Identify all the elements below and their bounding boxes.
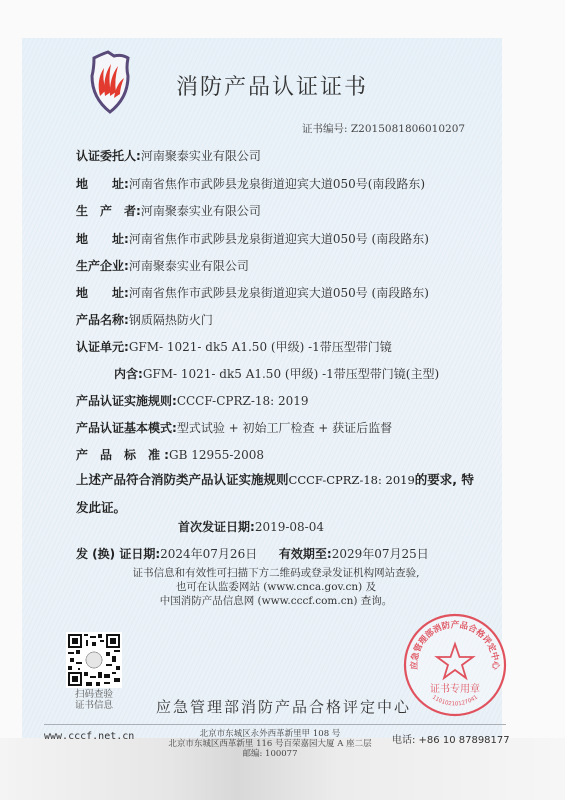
verify-line-1: 证书信息和有效性可扫描下方二维码或登录发证机构网站查验, [76, 566, 476, 580]
field-value: 河南聚泰实业有限公司 [141, 149, 261, 163]
footer-phone: 电话: +86 10 87898177 [392, 731, 510, 746]
footer-divider [44, 724, 506, 725]
valid-until-value: 2029年07月25日 [332, 547, 429, 561]
certificate-number-label: 证书编号: [302, 123, 348, 135]
first-issue-label: 首次发证日期: [178, 519, 255, 535]
field-label: 地 址: [76, 285, 129, 301]
field-product-standard: 产 品 标 准 :GB 12955-2008 [76, 447, 264, 463]
issue-validity-dates: 发 (换) 证日期:2024年07月26日 有效期至:2029年07月25日 [76, 546, 429, 562]
first-issue-date: 首次发证日期:2019-08-04 [178, 519, 324, 535]
field-label: 认证委托人: [76, 148, 141, 164]
qr-code[interactable] [66, 632, 122, 688]
field-label: 生 产 者: [76, 203, 141, 219]
verify-line-2: 也可在认监委网站 (www.cnca.gov.cn) 及 [76, 580, 476, 594]
qr-caption-line-2: 证书信息 [64, 700, 124, 711]
field-label: 产 品 标 准 : [76, 447, 169, 463]
field-value: 河南省焦作市武陟县龙泉街道迎宾大道050号 (南段路东) [129, 286, 429, 300]
field-applicant: 认证委托人:河南聚泰实业有限公司 [76, 148, 261, 164]
official-seal-icon: 应急管理部消防产品合格评定中心 证书专用章 11010210127041 [402, 612, 508, 718]
svg-text:证书专用章: 证书专用章 [430, 682, 480, 695]
first-issue-value: 2019-08-04 [255, 520, 324, 534]
field-value: 型式试验 + 初始工厂检查 + 获证后监督 [177, 421, 392, 435]
valid-until-label: 有效期至: [279, 546, 332, 562]
field-value: GFM- 1021- dk5 A1.50 (甲级) -1带压型带门镜 [129, 340, 392, 354]
field-value: 河南聚泰实业有限公司 [129, 259, 249, 273]
field-label: 产品认证基本模式: [76, 420, 177, 436]
field-value: 河南省焦作市武陟县龙泉街道迎宾大道050号(南段路东) [129, 177, 425, 191]
field-value: CCCF-CPRZ-18: 2019 [177, 394, 309, 408]
field-cert-unit: 认证单元:GFM- 1021- dk5 A1.50 (甲级) -1带压型带门镜 [76, 339, 392, 355]
issuing-organization: 应急管理部消防产品合格评定中心 [156, 696, 411, 717]
field-manufacturer-address: 地 址:河南省焦作市武陟县龙泉街道迎宾大道050号 (南段路东) [76, 231, 429, 247]
field-product-name: 产品名称:钢质隔热防火门 [76, 312, 213, 328]
field-label: 认证单元: [76, 339, 129, 355]
field-value: 河南聚泰实业有限公司 [141, 204, 261, 218]
verify-line-3: 中国消防产品信息网 (www.cccf.com.cn) 查询。 [76, 594, 476, 608]
footer-postcode: 邮编: 100077 [140, 749, 400, 759]
field-applicant-address: 地 址:河南省焦作市武陟县龙泉街道迎宾大道050号(南段路东) [76, 176, 425, 192]
footer-website[interactable]: www.cccf.net.cn [44, 731, 134, 742]
field-implementation-rule: 产品认证实施规则:CCCF-CPRZ-18: 2019 [76, 393, 309, 409]
field-label: 生产企业: [76, 258, 129, 274]
verification-notice: 证书信息和有效性可扫描下方二维码或登录发证机构网站查验, 也可在认监委网站 (w… [76, 566, 476, 608]
field-cert-mode: 产品认证基本模式:型式试验 + 初始工厂检查 + 获证后监督 [76, 420, 392, 436]
field-label: 地 址: [76, 231, 129, 247]
field-value: 河南省焦作市武陟县龙泉街道迎宾大道050号 (南段路东) [129, 232, 429, 246]
footer-address-line-2: 北京市东城区西革新里 116 号百荣嘉园大厦 A 座二层 [140, 739, 400, 749]
field-factory-address: 地 址:河南省焦作市武陟县龙泉街道迎宾大道050号 (南段路东) [76, 285, 429, 301]
qr-caption: 扫码查验 证书信息 [64, 689, 124, 711]
qr-caption-line-1: 扫码查验 [64, 689, 124, 700]
field-label: 地 址: [76, 176, 129, 192]
issue-date-label: 发 (换) 证日期: [76, 546, 160, 562]
conformity-statement: 上述产品符合消防类产品认证实施规则CCCF-CPRZ-18: 2019的要求, … [76, 466, 476, 522]
page-title: 消防产品认证证书 [176, 70, 368, 101]
field-factory: 生产企业:河南聚泰实业有限公司 [76, 258, 249, 274]
issue-date-value: 2024年07月26日 [160, 547, 257, 561]
field-includes: 内含:GFM- 1021- dk5 A1.50 (甲级) -1带压型带门镜(主型… [114, 366, 439, 382]
field-value: 钢质隔热防火门 [129, 313, 213, 327]
footer-address-line-1: 北京市东城区永外西革新里甲 108 号 [140, 729, 400, 739]
statement-prefix: 上述产品符合消防类产品认证实施规则 [76, 472, 289, 487]
statement-code: CCCF-CPRZ-18: 2019 [289, 473, 415, 487]
field-label: 产品认证实施规则: [76, 393, 177, 409]
field-label: 产品名称: [76, 312, 129, 328]
field-manufacturer: 生 产 者:河南聚泰实业有限公司 [76, 203, 261, 219]
field-label: 内含: [114, 366, 143, 382]
field-value: GFM- 1021- dk5 A1.50 (甲级) -1带压型带门镜(主型) [143, 367, 439, 381]
certificate-number-value: Z2015081806010207 [351, 123, 465, 135]
fire-shield-logo-icon [88, 50, 132, 116]
field-value: GB 12955-2008 [169, 448, 264, 462]
certificate-number: 证书编号: Z2015081806010207 [302, 121, 465, 136]
footer-address: 北京市东城区永外西革新里甲 108 号 北京市东城区西革新里 116 号百荣嘉园… [140, 729, 400, 759]
